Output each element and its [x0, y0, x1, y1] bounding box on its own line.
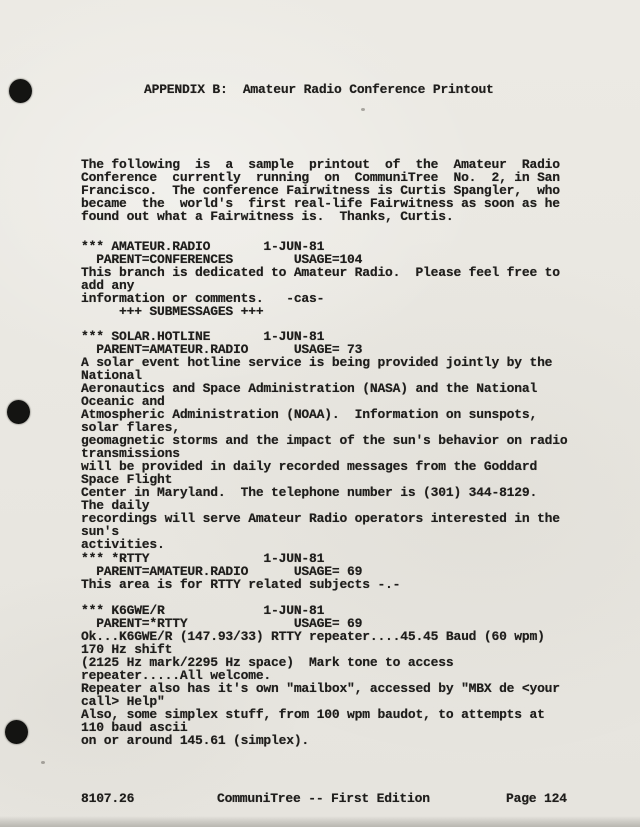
hole-punch-middle	[7, 400, 30, 424]
message-block-solar-hotline: *** SOLAR.HOTLINE 1-JUN-81 PARENT=AMATEU…	[81, 330, 567, 551]
footer-doc-ref: 8107.26	[81, 792, 134, 805]
message-block-amateur-radio: *** AMATEUR.RADIO 1-JUN-81 PARENT=CONFER…	[81, 240, 560, 318]
page-footer: 8107.26 CommuniTree -- First Edition Pag…	[0, 792, 640, 806]
message-block-rtty: *** *RTTY 1-JUN-81 PARENT=AMATEUR.RADIO …	[81, 552, 400, 591]
scanned-document-page: APPENDIX B: Amateur Radio Conference Pri…	[0, 0, 640, 827]
footer-page-number: Page 124	[506, 792, 567, 805]
message-block-k6gwe-r: *** K6GWE/R 1-JUN-81 PARENT=*RTTY USAGE=…	[81, 604, 560, 747]
hole-punch-top	[9, 79, 32, 103]
scan-speck	[361, 108, 365, 111]
page-bottom-edge-shadow	[0, 816, 640, 827]
hole-punch-bottom	[5, 720, 28, 744]
page-title: APPENDIX B: Amateur Radio Conference Pri…	[144, 83, 494, 96]
intro-paragraph: The following is a sample printout of th…	[81, 158, 560, 223]
footer-edition-title: CommuniTree -- First Edition	[217, 792, 430, 805]
scan-speck	[41, 761, 45, 764]
